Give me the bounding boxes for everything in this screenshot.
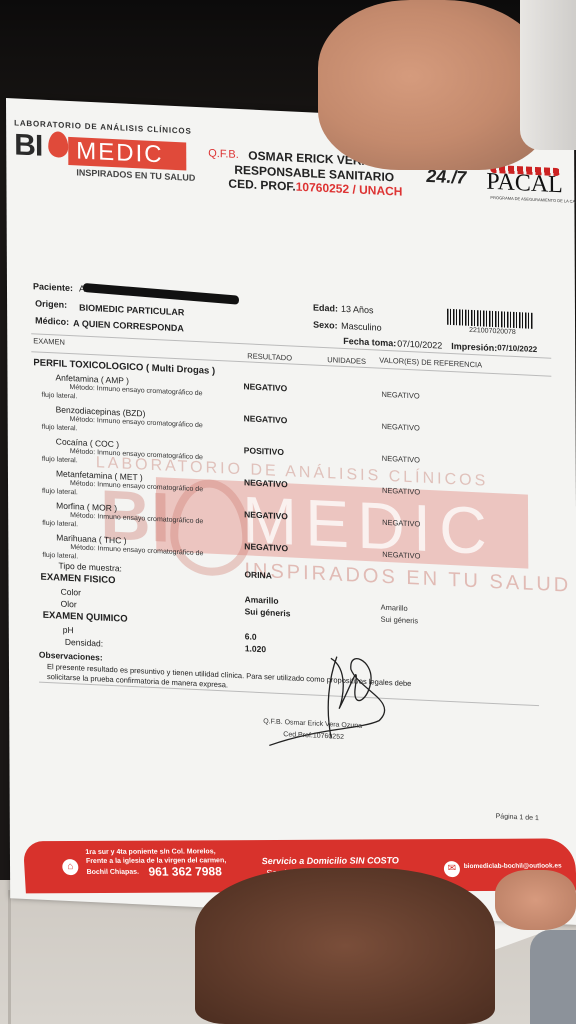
page-number: Página 1 de 1	[496, 813, 539, 822]
mail-icon: ✉	[443, 861, 460, 877]
floor-seam	[8, 890, 11, 1024]
qfb-prefix: Q.F.B.	[208, 148, 239, 161]
footer-phone: 961 362 7988	[148, 864, 222, 878]
fecha-toma-value: 07/10/2022	[397, 338, 442, 350]
tox-test-result: POSITIVO	[244, 445, 284, 457]
footer-service-home: Servicio a Domicilio SIN COSTO	[261, 855, 399, 866]
col-examen: EXAMEN	[33, 336, 65, 346]
tox-test-reference: NEGATIVO	[381, 390, 419, 401]
tox-test-result: NEGATIVO	[243, 381, 287, 393]
quimico-row-name: pH	[63, 625, 74, 636]
paciente-label: Paciente:	[33, 281, 73, 293]
tox-test-reference: NEGATIVO	[382, 486, 420, 497]
barcode	[447, 309, 533, 329]
tox-test-method-cont: flujo lateral.	[42, 552, 78, 561]
impresion-value: 07/10/2022	[497, 343, 537, 354]
hand-bottom	[195, 868, 495, 1024]
origen-label: Origen:	[35, 298, 67, 310]
tox-test-method-cont: flujo lateral.	[42, 392, 78, 401]
footer-address3: Bochil Chiapas.	[86, 869, 139, 876]
tox-test-reference: NEGATIVO	[382, 550, 420, 561]
origen-value: BIOMEDIC PARTICULAR	[79, 302, 184, 317]
sexo-label: Sexo:	[313, 319, 338, 330]
signature-icon	[259, 645, 420, 763]
tox-test-reference: NEGATIVO	[382, 518, 420, 529]
sleeve-bottom	[530, 930, 576, 1024]
tox-test-result: NEGATIVO	[244, 509, 288, 521]
edad-label: Edad:	[313, 302, 338, 313]
logo-bi: BI	[14, 128, 42, 163]
watermark-medic: MEDIC	[242, 481, 495, 569]
fisico-row-name: Olor	[61, 599, 77, 610]
tox-test-method: Método: Inmuno ensayo cromatográfico de	[69, 384, 202, 397]
tox-test-result: NEGATIVO	[244, 413, 288, 425]
tox-test-method-cont: flujo lateral.	[42, 424, 78, 433]
fisico-row-reference: Amarillo	[381, 603, 408, 613]
fisico-row-reference: Sui géneris	[381, 615, 419, 626]
ced-label: CED. PROF.	[228, 176, 295, 193]
tox-test-result: NEGATIVO	[244, 541, 288, 553]
quimico-title: EXAMEN QUIMICO	[43, 610, 128, 625]
observaciones-label: Observaciones:	[39, 650, 103, 663]
barcode-number: 221007020078	[469, 327, 516, 336]
fisico-row-result: Sui géneris	[245, 606, 291, 618]
tox-test-name: Marihuana ( THC )	[56, 532, 126, 545]
medico-label: Médico:	[35, 315, 69, 327]
tox-test-method-cont: flujo lateral.	[42, 456, 78, 465]
fisico-row-result: Amarillo	[245, 594, 279, 606]
edad-value: 13 Años	[341, 304, 374, 316]
footer-email: biomediclab-bochil@outlook.es	[464, 862, 562, 870]
tox-test-name: Morfina ( MOR )	[56, 500, 117, 513]
tox-test-method-cont: flujo lateral.	[42, 488, 78, 497]
tox-test-reference: NEGATIVO	[382, 422, 420, 433]
tox-test-reference: NEGATIVO	[382, 454, 420, 465]
fisico-title: EXAMEN FISICO	[40, 572, 115, 587]
tox-test-method-cont: flujo lateral.	[42, 520, 78, 529]
pacal-subtitle: PROGRAMA DE ASEGURAMIENTO DE LA CALIDAD	[490, 195, 576, 205]
quimico-row-name: Densidad:	[65, 637, 103, 649]
footer-address1: 1ra sur y 4ta poniente s/n Col. Morelos,	[85, 848, 215, 856]
lab-report-document: LABORATORIO DE ANÁLISIS CLÍNICOS BI MEDI…	[6, 98, 576, 925]
tox-test-name: Cocaína ( COC )	[56, 436, 119, 449]
sexo-value: Masculino	[341, 321, 382, 333]
impresion-label: Impresión:	[451, 341, 497, 353]
redaction-bar	[83, 283, 239, 305]
tox-test-result: NEGATIVO	[244, 477, 288, 489]
hand-right	[495, 870, 576, 930]
blood-drop-icon	[48, 131, 68, 158]
home-icon: ⌂	[62, 859, 79, 875]
medico-value: A QUIEN CORRESPONDA	[73, 318, 184, 333]
sample-value: ORINA	[244, 569, 271, 580]
quimico-row-result: 6.0	[245, 631, 257, 642]
hand-top	[318, 0, 548, 170]
logo-medic: MEDIC	[76, 137, 163, 169]
fecha-toma-label: Fecha toma:	[343, 336, 396, 349]
fisico-row-name: Color	[61, 587, 81, 598]
tox-test-name: Anfetamina ( AMP )	[55, 372, 129, 385]
sample-label: Tipo de muestra:	[58, 560, 122, 573]
col-unidades: UNIDADES	[327, 355, 366, 366]
sleeve-top	[520, 0, 576, 150]
